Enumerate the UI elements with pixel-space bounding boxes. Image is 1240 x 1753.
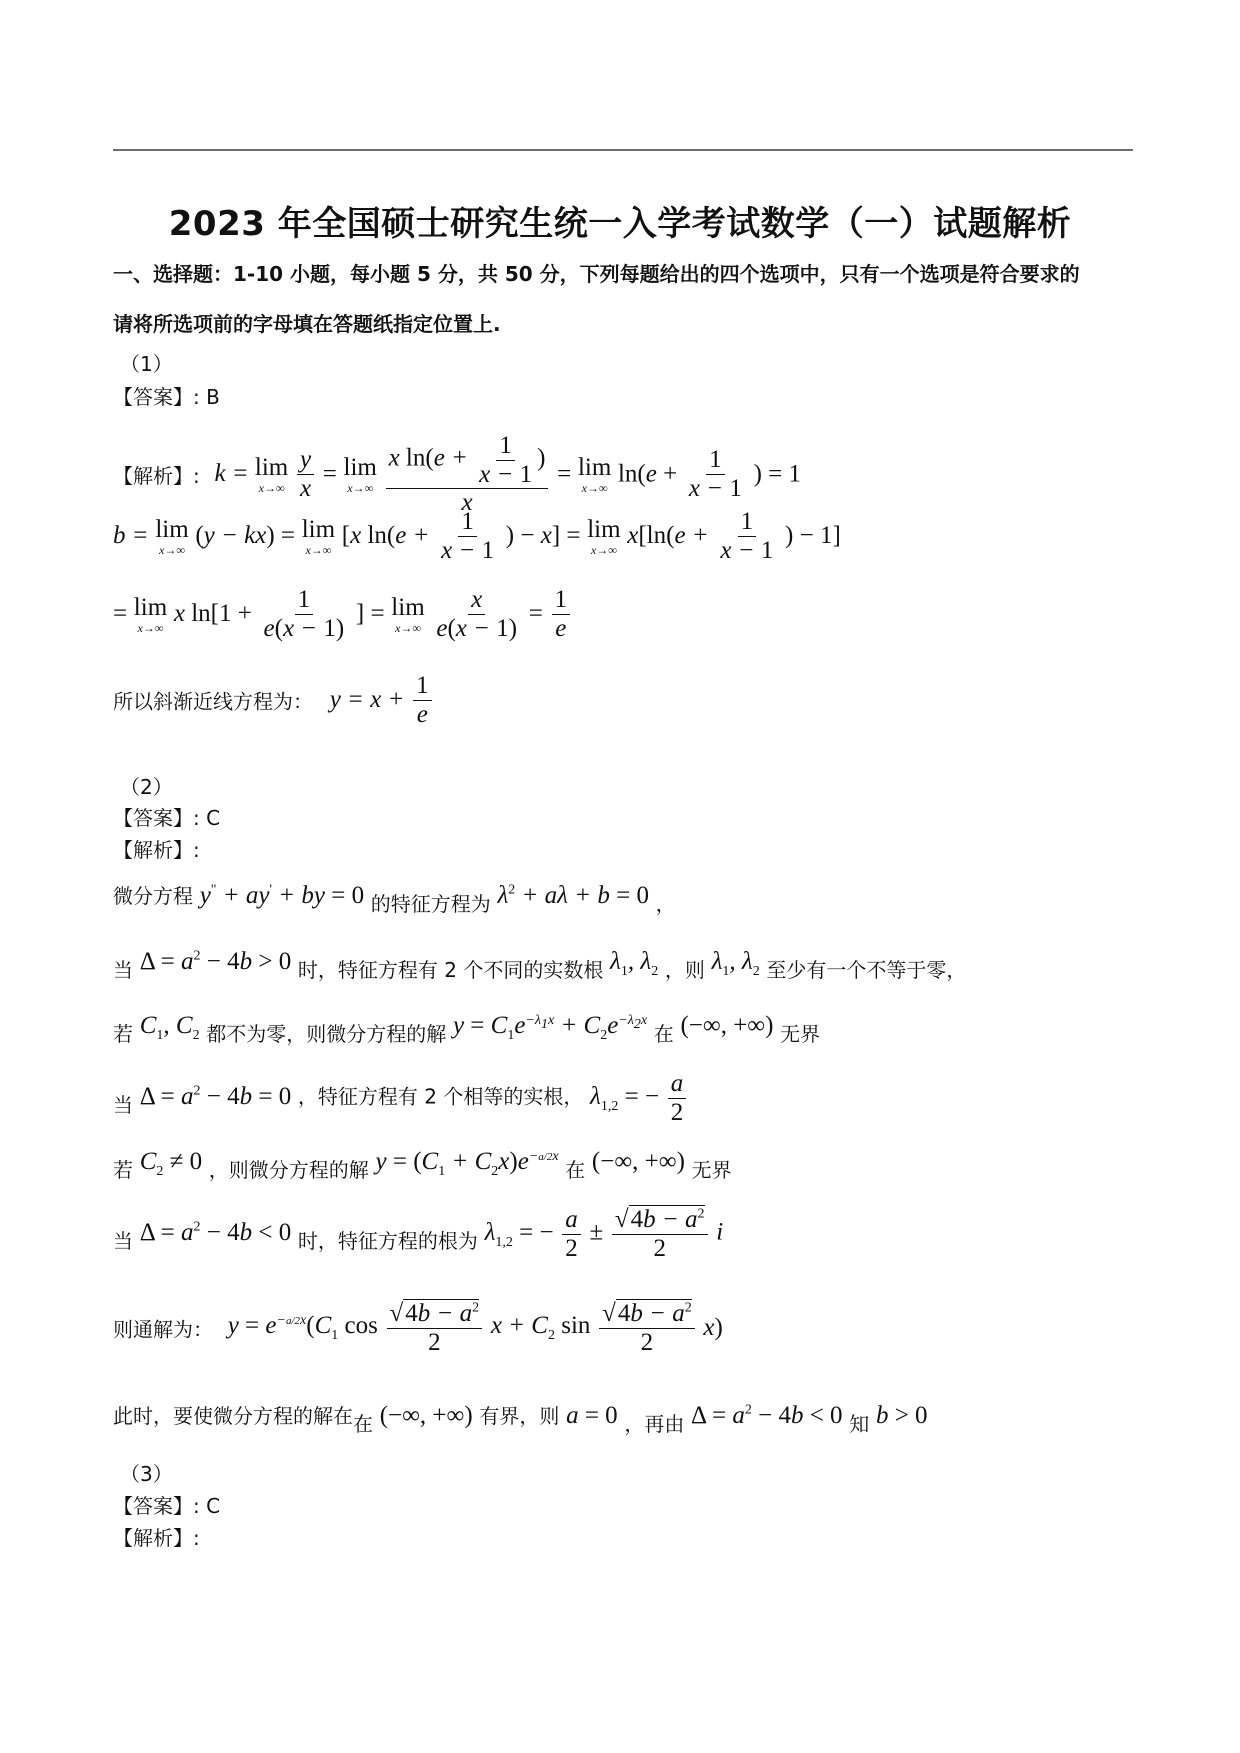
question-2-line-6: 当 Δ = a2 − 4b < 0 时，特征方程的根为 λ1,2 = − a2 …	[113, 1206, 723, 1262]
question-1-conclusion: 所以斜渐近线方程为： y = x + 1e	[113, 672, 434, 728]
question-1-number: （1）	[120, 348, 173, 377]
question-1-b-formula-cont: = limx→∞ x ln[1 + 1e(x − 1) ] = limx→∞ x…	[113, 586, 572, 642]
question-3-analysis-label: 【解析】:	[113, 1522, 200, 1551]
conclusion-text: 所以斜渐近线方程为：	[113, 690, 313, 714]
question-1-k-formula: 【解析】: k = limx→∞ yx = limx→∞ x ln(e + 1x…	[113, 432, 801, 517]
answer-value: B	[206, 385, 220, 409]
question-2-line-3: 若 C1, C2 都不为零，则微分方程的解 y = C1e−λ1x + C2e−…	[113, 1010, 820, 1044]
question-2-line-1: 微分方程 y" + ay' + by = 0 的特征方程为 λ2 + aλ + …	[113, 880, 676, 910]
answer-label: 【答案】:	[113, 385, 200, 409]
question-2-line-5: 若 C2 ≠ 0 ，则微分方程的解 y = (C1 + C2x)e−a/2x 在…	[113, 1146, 732, 1180]
question-3-number: （3）	[120, 1458, 173, 1487]
question-2-answer: 【答案】: C	[113, 802, 220, 831]
page-title: 2023 年全国硕士研究生统一入学考试数学（一）试题解析	[0, 196, 1240, 245]
answer-label: 【答案】:	[113, 1494, 200, 1518]
question-1-b-formula: b = limx→∞ (y − kx) = limx→∞ [x ln(e + 1…	[113, 508, 841, 564]
answer-value: C	[206, 1494, 220, 1518]
question-2-line-2: 当 Δ = a2 − 4b > 0 时，特征方程有 2 个不同的实数根 λ1, …	[113, 946, 966, 980]
question-2-line-8: 此时，要使微分方程的解在在 (−∞, +∞) 有界，则 a = 0 ，再由 Δ …	[113, 1400, 928, 1430]
header-rule	[113, 149, 1133, 151]
answer-value: C	[206, 806, 220, 830]
lim: limx→∞	[255, 455, 288, 494]
question-2-line-4: 当 Δ = a2 − 4b = 0 ，特征方程有 2 个相等的实根， λ1,2 …	[113, 1070, 688, 1126]
question-2-line-7: 则通解为： y = e−a/2x(C1 cos √4b − a22 x + C2…	[113, 1300, 723, 1356]
analysis-label: 【解析】:	[113, 464, 200, 488]
question-2-analysis-label: 【解析】:	[113, 834, 200, 863]
section-header-line2: 请将所选项前的字母填在答题纸指定位置上.	[113, 308, 501, 337]
question-2-number: （2）	[120, 771, 173, 800]
question-3-answer: 【答案】: C	[113, 1490, 220, 1519]
question-1-answer: 【答案】: B	[113, 381, 220, 410]
section-header-line1: 一、选择题：1-10 小题，每小题 5 分，共 50 分，下列每题给出的四个选项…	[113, 258, 1080, 287]
answer-label: 【答案】:	[113, 806, 200, 830]
